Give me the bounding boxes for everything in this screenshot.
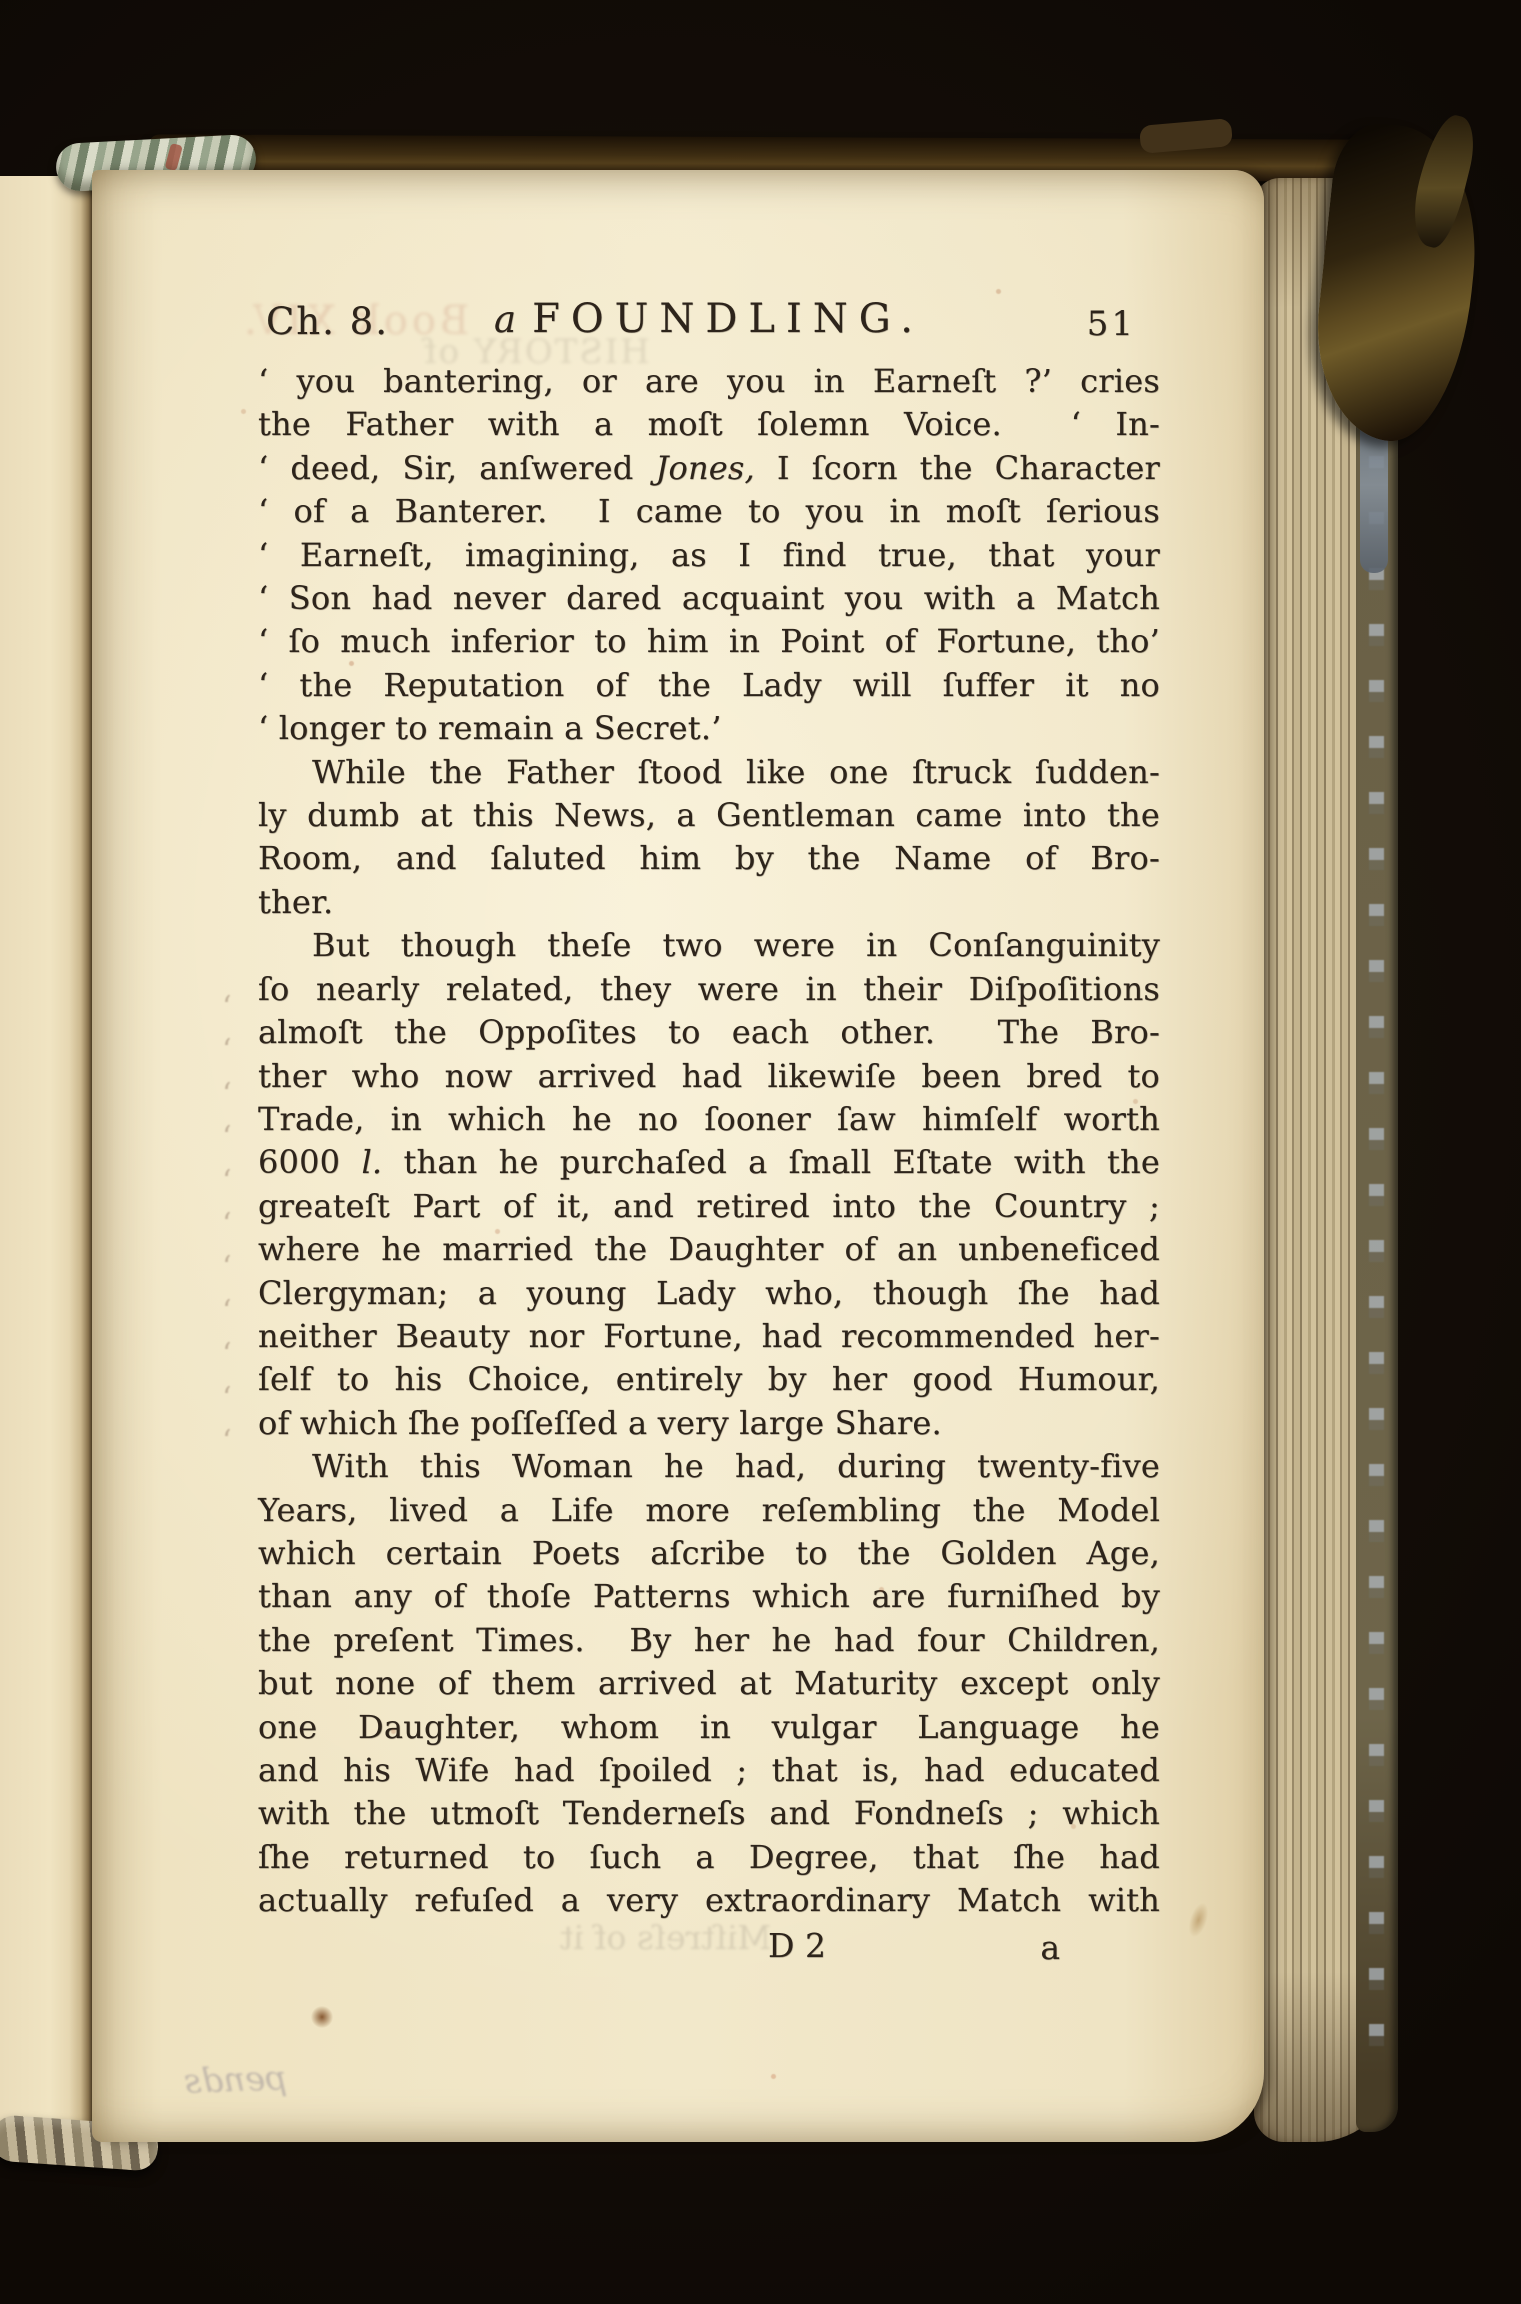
foxing-specks [92, 170, 95, 173]
text-line: But though theſe two were in Conſanguini… [258, 924, 1160, 967]
text-line: Years, lived a Life more reſembling the … [258, 1489, 1160, 1532]
text-line: neither Beauty nor Fortune, had recommen… [258, 1315, 1160, 1358]
text-line: Trade, in which he no ſooner ſaw himſelf… [258, 1098, 1160, 1141]
text-line: of which ſhe poſſeſſed a very large Shar… [258, 1402, 1160, 1445]
text-line: where he married the Daughter of an unbe… [258, 1228, 1160, 1271]
text-line: almoſt the Oppoſites to each other. The … [258, 1011, 1160, 1054]
text-line: ſelf to his Choice, entirely by her good… [258, 1358, 1160, 1401]
running-title: aFOUNDLING. [258, 296, 1160, 342]
text-line: ‘ you bantering, or are you in Earneſt ?… [258, 360, 1160, 403]
text-line: ſo nearly related, they were in their Di… [258, 968, 1160, 1011]
left-page-edge [0, 176, 96, 2132]
text-line: While the Father ſtood like one ſtruck ſ… [258, 751, 1160, 794]
text-line: ſhe returned to ſuch a Degree, that ſhe … [258, 1836, 1160, 1879]
text-line: ‘ Earneſt, imagining, as I find true, th… [258, 534, 1160, 577]
text-line: but none of them arrived at Maturity exc… [258, 1662, 1160, 1705]
page-footer: D 2 a [258, 1926, 1160, 1965]
catchword: a [1040, 1928, 1060, 1967]
headband-red-thread [165, 143, 183, 171]
show-through-bottom-word: pends [183, 2058, 287, 2102]
book-page: Book XIV. HISTORY of ‘ ‘ ‘ ‘ ‘ ‘ ‘ ‘ ‘ ‘… [92, 170, 1264, 2142]
text-line: ‘ longer to remain a Secret.’ [258, 707, 1160, 750]
text-line: one Daughter, whom in vulgar Language he [258, 1706, 1160, 1749]
text-line: greateſt Part of it, and retired into th… [258, 1185, 1160, 1228]
text-line: ‘ deed, Sir, anſwered Jones, I ſcorn the… [258, 447, 1160, 490]
text-line: ‘ the Reputation of the Lady will ſuffer… [258, 664, 1160, 707]
running-title-article: a [494, 298, 516, 341]
text-line: ‘ of a Banterer. I came to you in moſt ſ… [258, 490, 1160, 533]
text-line: ther. [258, 881, 1160, 924]
text-line: ‘ Son had never dared acquaint you with … [258, 577, 1160, 620]
text-line: which certain Poets aſcribe to the Golde… [258, 1532, 1160, 1575]
text-line: Clergyman; a young Lady who, though ſhe … [258, 1272, 1160, 1315]
text-line: with the utmoſt Tenderneſs and Fondneſs … [258, 1792, 1160, 1835]
page-number: 51 [1087, 304, 1136, 344]
text-line: and his Wife had ſpoiled ; that is, had … [258, 1749, 1160, 1792]
text-line: With this Woman he had, during twenty-fi… [258, 1445, 1160, 1488]
text-line: Room, and ſaluted him by the Name of Bro… [258, 837, 1160, 880]
text-block: ‘ you bantering, or are you in Earneſt ?… [258, 360, 1160, 1923]
signature-mark: D 2 [346, 1926, 1248, 1965]
running-head: Ch. 8. aFOUNDLING. 51 [258, 296, 1160, 350]
show-through-quote-column: ‘ ‘ ‘ ‘ ‘ ‘ ‘ ‘ ‘ ‘ ‘ [222, 986, 232, 1463]
text-line: the Father with a moſt ſolemn Voice. ‘ I… [258, 403, 1160, 446]
text-line: than any of thoſe Patterns which are fur… [258, 1575, 1160, 1618]
text-line: ‘ ſo much inferior to him in Point of Fo… [258, 620, 1160, 663]
ink-stain [311, 2006, 333, 2028]
text-line: actually refuſed a very extraordinary Ma… [258, 1879, 1160, 1922]
text-line: ly dumb at this News, a Gentleman came i… [258, 794, 1160, 837]
text-line: the preſent Times. By her he had four Ch… [258, 1619, 1160, 1662]
text-line: 6000 l. than he purchaſed a ſmall Eſtate… [258, 1141, 1160, 1184]
photo-background: Book XIV. HISTORY of ‘ ‘ ‘ ‘ ‘ ‘ ‘ ‘ ‘ ‘… [0, 0, 1521, 2304]
running-title-text: FOUNDLING. [532, 296, 924, 342]
text-line: ther who now arrived had likewiſe been b… [258, 1055, 1160, 1098]
